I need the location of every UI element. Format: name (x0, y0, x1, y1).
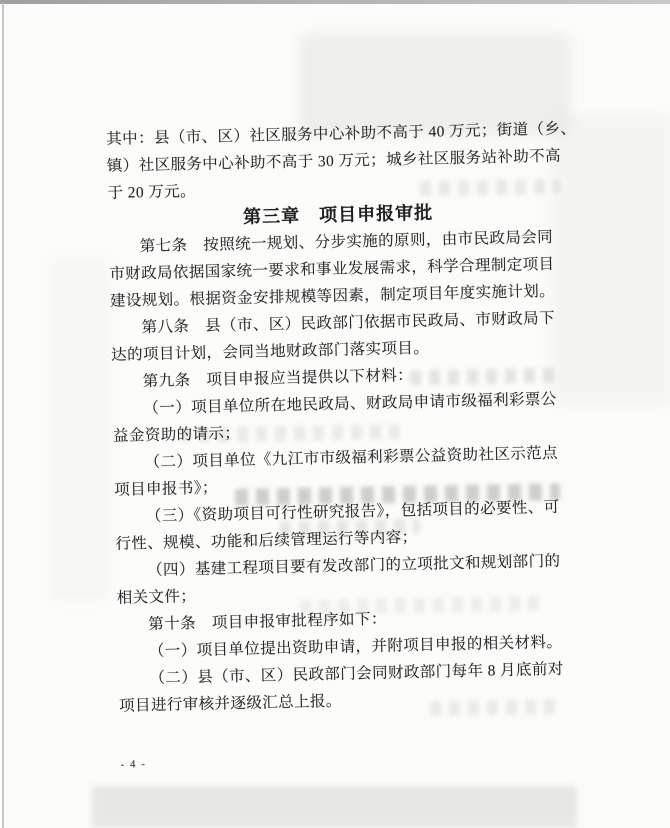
paper-texture (52, 260, 107, 600)
scanned-page: 其中：县（市、区）社区服务中心补助不高于 40 万元；街道（乡、镇）社区服务中心… (0, 0, 670, 828)
scan-edge-top (0, 0, 670, 4)
document-text: 其中：县（市、区）社区服务中心补助不高于 40 万元；街道（乡、镇）社区服务中心… (106, 116, 581, 771)
page-number: - 4 - (120, 748, 580, 770)
paper-texture (92, 786, 577, 828)
scan-edge-left (2, 3, 4, 828)
